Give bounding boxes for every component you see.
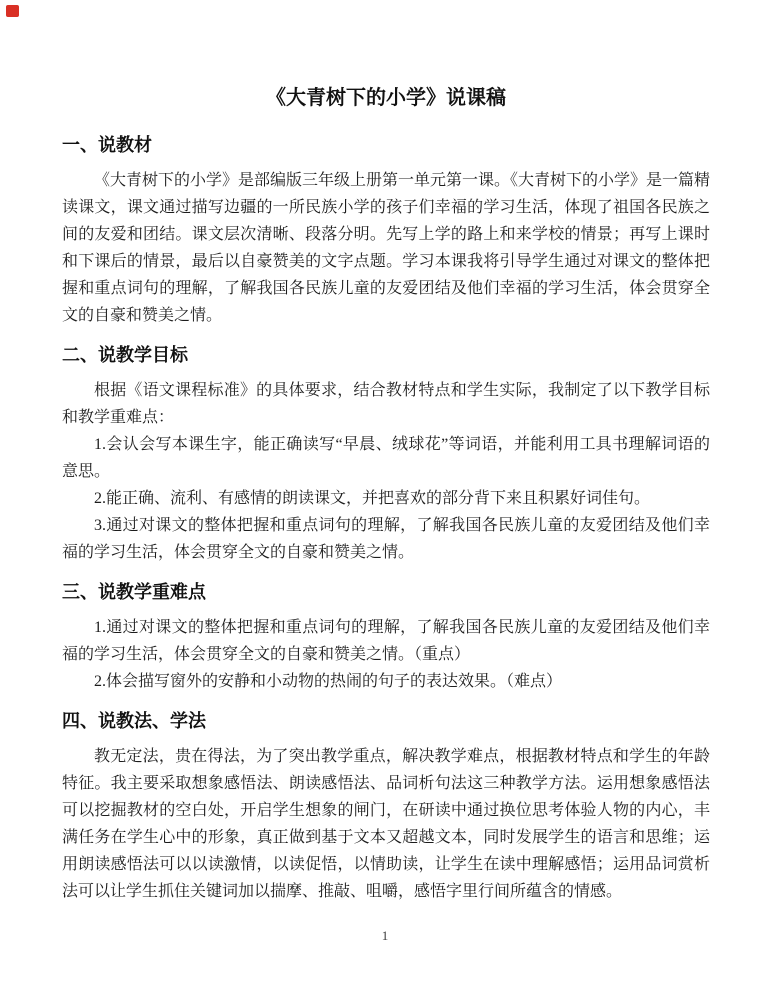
- section-zhongnandian: 三、说教学重难点 1.通过对课文的整体把握和重点词句的理解，了解我国各民族儿童的…: [62, 579, 710, 695]
- section-heading-4: 四、说教法、学法: [62, 708, 710, 734]
- paragraph: 教无定法，贵在得法，为了突出教学重点，解决教学难点，根据教材特点和学生的年龄特征…: [62, 743, 710, 905]
- red-logo-icon: [6, 5, 19, 17]
- paragraph: 1.会认会写本课生字，能正确读写“早晨、绒球花”等词语，并能利用工具书理解词语的…: [62, 431, 710, 485]
- paragraph: 《大青树下的小学》是部编版三年级上册第一单元第一课。《大青树下的小学》是一篇精读…: [62, 167, 710, 329]
- page-number: 1: [0, 928, 770, 944]
- section-heading-3: 三、说教学重难点: [62, 579, 710, 605]
- paragraph: 3.通过对课文的整体把握和重点词句的理解，了解我国各民族儿童的友爱团结及他们幸福…: [62, 512, 710, 566]
- paragraph: 2.能正确、流利、有感情的朗读课文，并把喜欢的部分背下来且积累好词佳句。: [62, 485, 710, 512]
- section-shuo-jiaocai: 一、说教材 《大青树下的小学》是部编版三年级上册第一单元第一课。《大青树下的小学…: [62, 132, 710, 329]
- paragraph: 根据《语文课程标准》的具体要求，结合教材特点和学生实际，我制定了以下教学目标和教…: [62, 377, 710, 431]
- document-page: 《大青树下的小学》说课稿 一、说教材 《大青树下的小学》是部编版三年级上册第一单…: [0, 0, 770, 1000]
- document-title: 《大青树下的小学》说课稿: [62, 86, 710, 110]
- section-jiaofa-xuefa: 四、说教法、学法 教无定法，贵在得法，为了突出教学重点，解决教学难点，根据教材特…: [62, 708, 710, 905]
- section-heading-2: 二、说教学目标: [62, 342, 710, 368]
- paragraph: 1.通过对课文的整体把握和重点词句的理解，了解我国各民族儿童的友爱团结及他们幸福…: [62, 614, 710, 668]
- section-jiaoxue-mubiao: 二、说教学目标 根据《语文课程标准》的具体要求，结合教材特点和学生实际，我制定了…: [62, 342, 710, 566]
- paragraph: 2.体会描写窗外的安静和小动物的热闹的句子的表达效果。（难点）: [62, 668, 710, 695]
- section-heading-1: 一、说教材: [62, 132, 710, 158]
